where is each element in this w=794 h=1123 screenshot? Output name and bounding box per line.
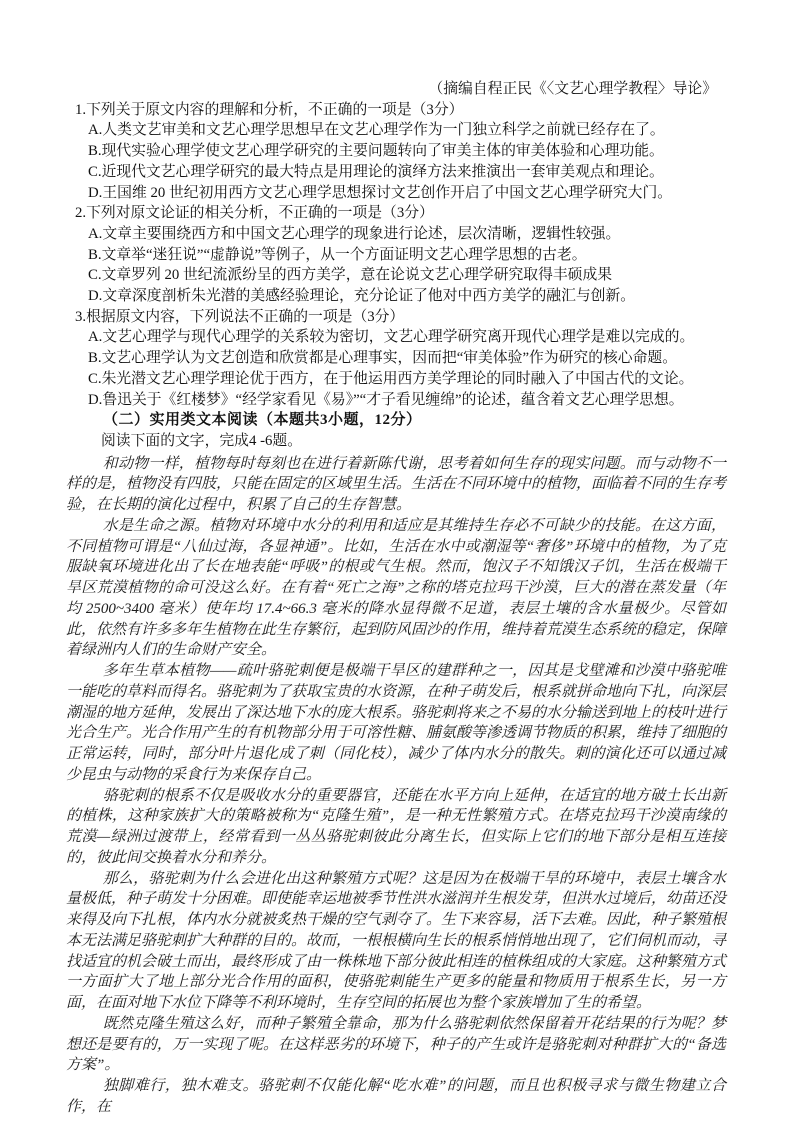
question-2-option-d: D.文章深度剖析朱光潜的美感经验理论，充分论证了他对中西方美学的融汇与创新。 [75, 286, 717, 307]
question-block-1: 1.下列关于原文内容的理解和分析，不正确的一项是（3分） A.人类文艺审美和文艺… [75, 100, 717, 204]
passage-paragraph-6: 既然克隆生殖这么好，而种子繁殖全靠命，那为什么骆驼刺依然保留着开花结果的行为呢？… [66, 1014, 726, 1076]
question-1-option-c: C.近现代文艺心理学研究的最大特点是用理论的演绎方法来推演出一套审美观点和理论。 [75, 162, 717, 183]
passage-paragraph-5: 那么，骆驼刺为什么会进化出这种繁殖方式呢？这是因为在极端干旱的环境中，表层土壤含… [66, 869, 726, 1014]
passage-paragraph-7: 独脚难行，独木难支。骆驼刺不仅能化解“吃水难”的问题，而且也积极寻求与微生物建立… [66, 1076, 726, 1118]
question-2-stem: 2.下列对原文论证的相关分析，不正确的一项是（3分） [75, 203, 717, 224]
section-heading: （二）实用类文本阅读（本题共3小题，12分） [75, 410, 717, 431]
passage-paragraph-1: 和动物一样，植物每时每刻也在进行着新陈代谢，思考着如何生存的现实问题。而与动物不… [66, 454, 726, 516]
question-1-option-b: B.现代实验心理学使文艺心理学研究的主要问题转向了审美主体的审美体验和心理功能。 [75, 141, 717, 162]
question-3-option-c: C.朱光潜文艺心理学理论优于西方，在于他运用西方美学理论的同时融入了中国古代的文… [75, 369, 717, 390]
question-2-option-c: C.文章罗列 20 世纪流派纷呈的西方美学，意在论说文艺心理学研究取得丰硕成果 [75, 265, 717, 286]
question-3-option-b: B.文艺心理学认为文艺创造和欣赏都是心理事实，因而把“审美体验”作为研究的核心命… [75, 348, 717, 369]
exam-document-page: （摘编自程正民《〈文艺心理学教程〉导论》 1.下列关于原文内容的理解和分析，不正… [0, 0, 794, 1123]
page-content: （摘编自程正民《〈文艺心理学教程〉导论》 1.下列关于原文内容的理解和分析，不正… [0, 0, 794, 1118]
question-1-stem: 1.下列关于原文内容的理解和分析，不正确的一项是（3分） [75, 100, 717, 121]
reading-passage: 和动物一样，植物每时每刻也在进行着新陈代谢，思考着如何生存的现实问题。而与动物不… [66, 454, 726, 1118]
passage-paragraph-2: 水是生命之源。植物对环境中水分的利用和适应是其维持生存必不可缺少的技能。在这方面… [66, 516, 726, 661]
question-1-option-d: D.王国维 20 世纪初用西方文艺心理学思想探讨文艺创作开启了中国文艺心理学研究… [75, 183, 717, 204]
question-2-option-b: B.文章举“迷狂说”“虚静说”等例子，从一个方面证明文艺心理学思想的古老。 [75, 245, 717, 266]
question-block-3: 3.根据原文内容，下列说法不正确的一项是（3分） A.文艺心理学与现代心理学的关… [75, 307, 717, 411]
question-2-option-a: A.文章主要围绕西方和中国文艺心理学的现象进行论述，层次清晰，逻辑性较强。 [75, 224, 717, 245]
question-block-2: 2.下列对原文论证的相关分析，不正确的一项是（3分） A.文章主要围绕西方和中国… [75, 203, 717, 307]
source-attribution: （摘编自程正民《〈文艺心理学教程〉导论》 [75, 79, 717, 100]
question-3-option-a: A.文艺心理学与现代心理学的关系较为密切，文艺心理学研究离开现代心理学是难以完成… [75, 327, 717, 348]
question-3-stem: 3.根据原文内容，下列说法不正确的一项是（3分） [75, 307, 717, 328]
question-1-option-a: A.人类文艺审美和文艺心理学思想早在文艺心理学作为一门独立科学之前就已经存在了。 [75, 120, 717, 141]
passage-paragraph-4: 骆驼刺的根系不仅是吸收水分的重要器官，还能在水平方向上延伸，在适宜的地方破土长出… [66, 786, 726, 869]
question-3-option-d: D.鲁迅关于《红楼梦》“经学家看见《易》”“才子看见缠绵”的论述，蕴含着文艺心理… [75, 390, 717, 411]
reading-instruction: 阅读下面的文字，完成4 -6题。 [75, 431, 717, 452]
passage-paragraph-3: 多年生草本植物——疏叶骆驼刺便是极端干旱区的建群种之一，因其是戈壁滩和沙漠中骆驼… [66, 661, 726, 786]
